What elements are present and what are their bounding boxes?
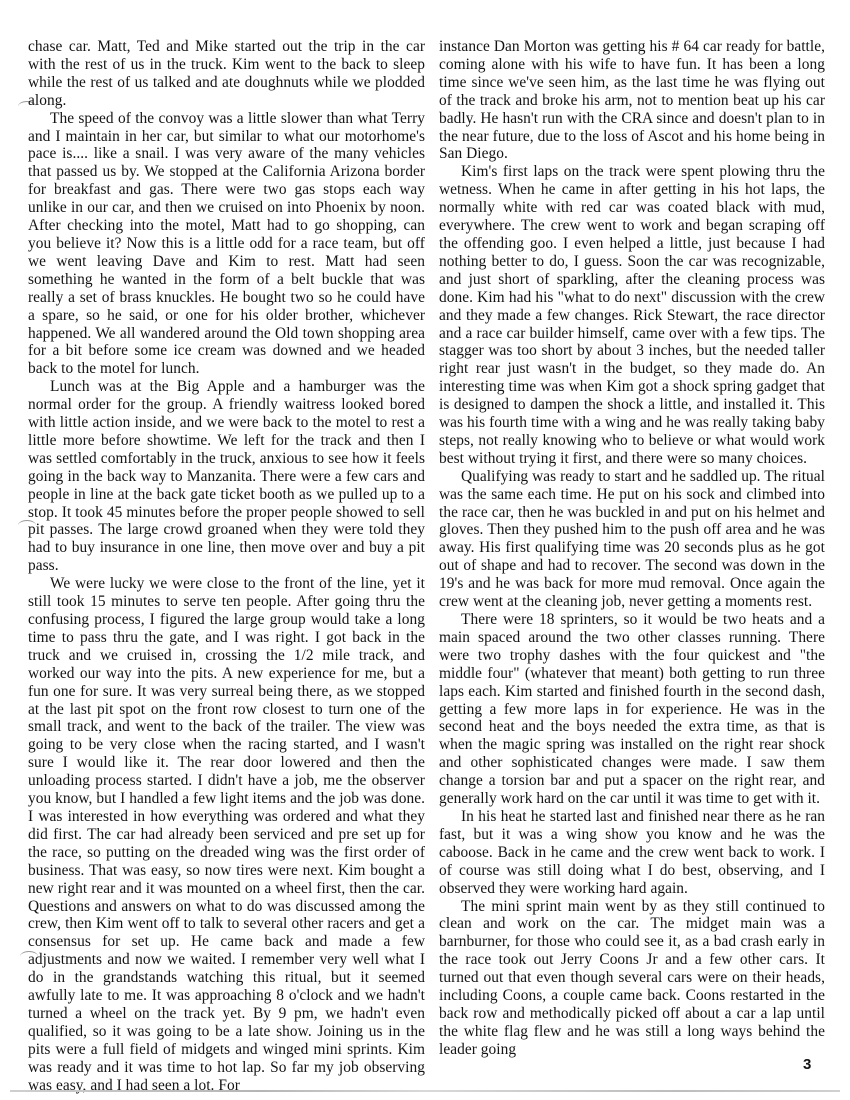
document-page: chase car. Matt, Ted and Mike started ou…	[0, 0, 850, 1100]
scan-edge-line	[10, 1090, 840, 1092]
paragraph: In his heat he started last and finished…	[439, 808, 825, 898]
right-column: instance Dan Morton was getting his # 64…	[439, 38, 825, 1059]
paragraph: The mini sprint main went by as they sti…	[439, 898, 825, 1059]
paragraph: There were 18 sprinters, so it would be …	[439, 611, 825, 808]
left-column: chase car. Matt, Ted and Mike started ou…	[28, 38, 425, 1094]
page-number: 3	[803, 1056, 811, 1073]
paragraph: The speed of the convoy was a little slo…	[28, 110, 425, 379]
paragraph: Qualifying was ready to start and he sad…	[439, 468, 825, 611]
paragraph: chase car. Matt, Ted and Mike started ou…	[28, 38, 425, 110]
paragraph: Lunch was at the Big Apple and a hamburg…	[28, 378, 425, 575]
paragraph: instance Dan Morton was getting his # 64…	[439, 38, 825, 163]
paragraph: Kim's first laps on the track were spent…	[439, 163, 825, 467]
paragraph: We were lucky we were close to the front…	[28, 575, 425, 1094]
